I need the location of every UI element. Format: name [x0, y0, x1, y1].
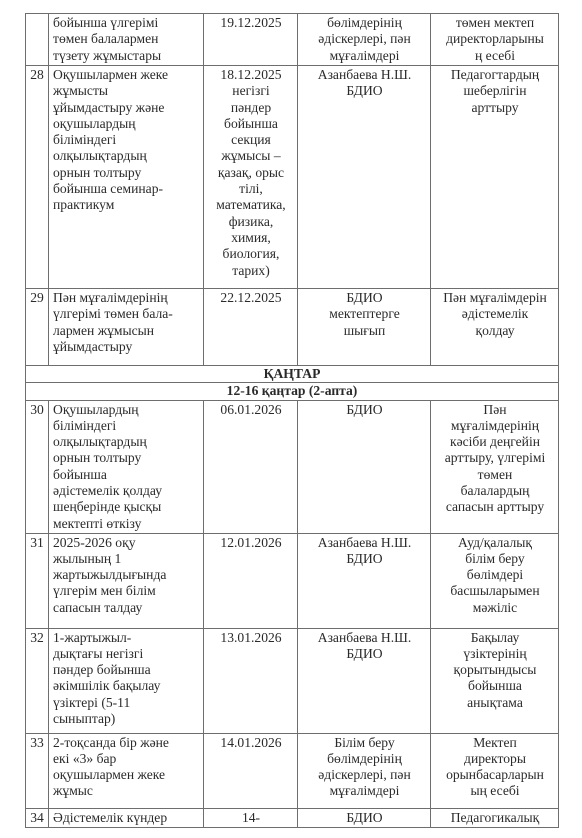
- cell-line: бөлімдері: [435, 567, 555, 583]
- responsible-cell: БДИО: [298, 808, 431, 827]
- responsible-cell: Азанбаева Н.Ш.БДИО: [298, 66, 431, 289]
- cell-line: жұмысы –: [208, 148, 294, 164]
- cell-line: Педагогтардың: [435, 67, 555, 83]
- cell-line: олқылықтардың: [53, 148, 200, 164]
- row-number: [26, 14, 49, 66]
- cell-line: бөлімдерінің: [302, 751, 427, 767]
- row-number: 34: [26, 808, 49, 827]
- cell-line: қолдау: [435, 323, 555, 339]
- cell-line: жұмыс: [53, 783, 200, 799]
- cell-line: Педагогикалық: [435, 810, 555, 826]
- cell-line: шығып: [302, 323, 427, 339]
- cell-line: үзіктерінің: [435, 646, 555, 662]
- plan-table: бойынша үлгерімітөмен балаларментүзету ж…: [25, 13, 559, 828]
- cell-line: тарих): [208, 263, 294, 279]
- date-cell: 22.12.2025: [204, 289, 298, 366]
- table-row: 332-тоқсанда бір жәнеекі «3» бароқушылар…: [26, 733, 559, 808]
- table-row: 34Әдістемелік күндер14-БДИОПедагогикалық: [26, 808, 559, 827]
- cell-line: 2-тоқсанда бір және: [53, 735, 200, 751]
- cell-line: тілі,: [208, 181, 294, 197]
- cell-line: Азанбаева Н.Ш.: [302, 630, 427, 646]
- result-cell: Пән мұғалімдерінәдістемелікқолдау: [431, 289, 559, 366]
- cell-line: олқылықтардың: [53, 434, 200, 450]
- activity-cell: Оқушылармен жекежұмыстыұйымдастыру жәнео…: [49, 66, 204, 289]
- result-cell: Пәнмұғалімдерініңкәсіби деңгейінарттыру,…: [431, 400, 559, 533]
- cell-line: басшыларымен: [435, 583, 555, 599]
- date-cell: 12.01.2026: [204, 533, 298, 628]
- cell-line: орынбасарларын: [435, 767, 555, 783]
- cell-line: бойынша: [53, 467, 200, 483]
- cell-line: БДИО: [302, 551, 427, 567]
- cell-line: 12.01.2026: [208, 535, 294, 551]
- cell-line: БДИО: [302, 83, 427, 99]
- cell-line: 06.01.2026: [208, 402, 294, 418]
- cell-line: 1-жартыжыл-: [53, 630, 200, 646]
- result-cell: Педагогикалық: [431, 808, 559, 827]
- cell-line: жартыжылдығында: [53, 567, 200, 583]
- cell-line: 19.12.2025: [208, 15, 294, 31]
- activity-cell: бойынша үлгерімітөмен балаларментүзету ж…: [49, 14, 204, 66]
- cell-line: әдіскерлері, пән: [302, 31, 427, 47]
- month-header-row: ҚАҢТАР: [26, 366, 559, 383]
- cell-line: төмен: [435, 467, 555, 483]
- cell-line: орнын толтыру: [53, 450, 200, 466]
- date-cell: 06.01.2026: [204, 400, 298, 533]
- cell-line: орнын толтыру: [53, 165, 200, 181]
- cell-line: Пән: [435, 402, 555, 418]
- cell-line: жылының 1: [53, 551, 200, 567]
- cell-line: анықтама: [435, 695, 555, 711]
- cell-line: Азанбаева Н.Ш.: [302, 535, 427, 551]
- cell-line: сапасын талдау: [53, 600, 200, 616]
- cell-line: қазақ, орыс: [208, 165, 294, 181]
- cell-line: ың есебі: [435, 783, 555, 799]
- activity-cell: 2025-2026 оқужылының 1жартыжылдығындаүлг…: [49, 533, 204, 628]
- cell-line: ұйымдастыру және: [53, 100, 200, 116]
- cell-line: БДИО: [302, 646, 427, 662]
- cell-line: Бақылау: [435, 630, 555, 646]
- table-row: 312025-2026 оқужылының 1жартыжылдығындаү…: [26, 533, 559, 628]
- cell-line: БДИО: [302, 290, 427, 306]
- row-number: 33: [26, 733, 49, 808]
- cell-line: мұғалімдері: [302, 783, 427, 799]
- cell-line: үзіктері (5-11: [53, 695, 200, 711]
- activity-cell: Әдістемелік күндер: [49, 808, 204, 827]
- cell-line: биология,: [208, 246, 294, 262]
- cell-line: төмен мектеп: [435, 15, 555, 31]
- cell-line: балалардың: [435, 483, 555, 499]
- week-header: 12-16 қаңтар (2-апта): [26, 383, 559, 400]
- cell-line: шеберлігін: [435, 83, 555, 99]
- cell-line: практикум: [53, 197, 200, 213]
- cell-line: мұғалімдері: [302, 48, 427, 64]
- row-number: 30: [26, 400, 49, 533]
- cell-line: сыныптар): [53, 711, 200, 727]
- cell-line: қорытындысы: [435, 662, 555, 678]
- responsible-cell: Азанбаева Н.Ш.БДИО: [298, 628, 431, 733]
- cell-line: пәндер: [208, 100, 294, 116]
- cell-line: химия,: [208, 230, 294, 246]
- cell-line: оқушылармен жеке: [53, 767, 200, 783]
- result-cell: төмен мектепдиректорларының есебі: [431, 14, 559, 66]
- cell-line: мектепті өткізу: [53, 516, 200, 532]
- cell-line: сапасын арттыру: [435, 499, 555, 515]
- cell-line: Оқушылармен жеке: [53, 67, 200, 83]
- cell-line: Ауд/қалалық: [435, 535, 555, 551]
- cell-line: Білім беру: [302, 735, 427, 751]
- cell-line: үлгерімі төмен бала-: [53, 306, 200, 322]
- cell-line: әдістемелік қолдау: [53, 483, 200, 499]
- cell-line: 13.01.2026: [208, 630, 294, 646]
- month-header: ҚАҢТАР: [26, 366, 559, 383]
- responsible-cell: Білім берубөлімдерініңәдіскерлері, пәнмұ…: [298, 733, 431, 808]
- cell-line: 14-: [208, 810, 294, 826]
- activity-cell: 1-жартыжыл-дықтағы негізгіпәндер бойынша…: [49, 628, 204, 733]
- row-number: 29: [26, 289, 49, 366]
- result-cell: Мектепдиректорыорынбасарларының есебі: [431, 733, 559, 808]
- cell-line: секция: [208, 132, 294, 148]
- cell-line: арттыру, үлгерімі: [435, 450, 555, 466]
- table-row: 321-жартыжыл-дықтағы негізгіпәндер бойын…: [26, 628, 559, 733]
- cell-line: бөлімдерінің: [302, 15, 427, 31]
- cell-line: әкімшілік бақылау: [53, 678, 200, 694]
- cell-line: біліміндегі: [53, 418, 200, 434]
- cell-line: директорларыны: [435, 31, 555, 47]
- cell-line: мектептерге: [302, 306, 427, 322]
- row-number: 28: [26, 66, 49, 289]
- activity-cell: Оқушылардыңбіліміндегіолқылықтардыңорнын…: [49, 400, 204, 533]
- cell-line: БДИО: [302, 402, 427, 418]
- cell-line: Әдістемелік күндер: [53, 810, 200, 826]
- activity-cell: 2-тоқсанда бір жәнеекі «3» бароқушыларме…: [49, 733, 204, 808]
- cell-line: әдістемелік: [435, 306, 555, 322]
- date-cell: 14.01.2026: [204, 733, 298, 808]
- cell-line: оқушылардың: [53, 116, 200, 132]
- document-page: бойынша үлгерімітөмен балаларментүзету ж…: [25, 13, 559, 828]
- cell-line: БДИО: [302, 810, 427, 826]
- cell-line: 22.12.2025: [208, 290, 294, 306]
- table-row: бойынша үлгерімітөмен балаларментүзету ж…: [26, 14, 559, 66]
- date-cell: 14-: [204, 808, 298, 827]
- cell-line: директоры: [435, 751, 555, 767]
- cell-line: Азанбаева Н.Ш.: [302, 67, 427, 83]
- responsible-cell: БДИОмектептергешығып: [298, 289, 431, 366]
- cell-line: төмен балалармен: [53, 31, 200, 47]
- cell-line: бойынша: [435, 678, 555, 694]
- date-cell: 19.12.2025: [204, 14, 298, 66]
- cell-line: дықтағы негізгі: [53, 646, 200, 662]
- responsible-cell: БДИО: [298, 400, 431, 533]
- cell-line: Пән мұғалімдерінің: [53, 290, 200, 306]
- cell-line: 18.12.2025: [208, 67, 294, 83]
- cell-line: әдіскерлері, пән: [302, 767, 427, 783]
- cell-line: пәндер бойынша: [53, 662, 200, 678]
- cell-line: математика,: [208, 197, 294, 213]
- cell-line: білім беру: [435, 551, 555, 567]
- result-cell: Бақылауүзіктерініңқорытындысыбойыншаанық…: [431, 628, 559, 733]
- date-cell: 13.01.2026: [204, 628, 298, 733]
- week-header-row: 12-16 қаңтар (2-апта): [26, 383, 559, 400]
- cell-line: бойынша: [208, 116, 294, 132]
- cell-line: физика,: [208, 214, 294, 230]
- cell-line: Пән мұғалімдерін: [435, 290, 555, 306]
- cell-line: үлгерім мен білім: [53, 583, 200, 599]
- cell-line: жұмысты: [53, 83, 200, 99]
- date-cell: 18.12.2025негізгіпәндербойыншасекцияжұмы…: [204, 66, 298, 289]
- table-row: 29Пән мұғалімдерініңүлгерімі төмен бала-…: [26, 289, 559, 366]
- table-row: 28Оқушылармен жекежұмыстыұйымдастыру жән…: [26, 66, 559, 289]
- cell-line: лармен жұмысын: [53, 323, 200, 339]
- cell-line: 14.01.2026: [208, 735, 294, 751]
- result-cell: Педагогтардыңшеберлігінарттыру: [431, 66, 559, 289]
- row-number: 32: [26, 628, 49, 733]
- responsible-cell: бөлімдерініңәдіскерлері, пәнмұғалімдері: [298, 14, 431, 66]
- cell-line: біліміндегі: [53, 132, 200, 148]
- responsible-cell: Азанбаева Н.Ш.БДИО: [298, 533, 431, 628]
- cell-line: ұйымдастыру: [53, 339, 200, 355]
- cell-line: кәсіби деңгейін: [435, 434, 555, 450]
- cell-line: Мектеп: [435, 735, 555, 751]
- cell-line: негізгі: [208, 83, 294, 99]
- cell-line: Оқушылардың: [53, 402, 200, 418]
- cell-line: мәжіліс: [435, 600, 555, 616]
- cell-line: мұғалімдерінің: [435, 418, 555, 434]
- cell-line: бойынша семинар-: [53, 181, 200, 197]
- table-row: 30Оқушылардыңбіліміндегіолқылықтардыңорн…: [26, 400, 559, 533]
- cell-line: екі «3» бар: [53, 751, 200, 767]
- cell-line: шеңберінде қысқы: [53, 499, 200, 515]
- cell-line: арттыру: [435, 100, 555, 116]
- result-cell: Ауд/қалалықбілім берубөлімдерібасшыларым…: [431, 533, 559, 628]
- row-number: 31: [26, 533, 49, 628]
- cell-line: ң есебі: [435, 48, 555, 64]
- cell-line: 2025-2026 оқу: [53, 535, 200, 551]
- cell-line: түзету жұмыстары: [53, 48, 200, 64]
- activity-cell: Пән мұғалімдерініңүлгерімі төмен бала-ла…: [49, 289, 204, 366]
- cell-line: бойынша үлгерімі: [53, 15, 200, 31]
